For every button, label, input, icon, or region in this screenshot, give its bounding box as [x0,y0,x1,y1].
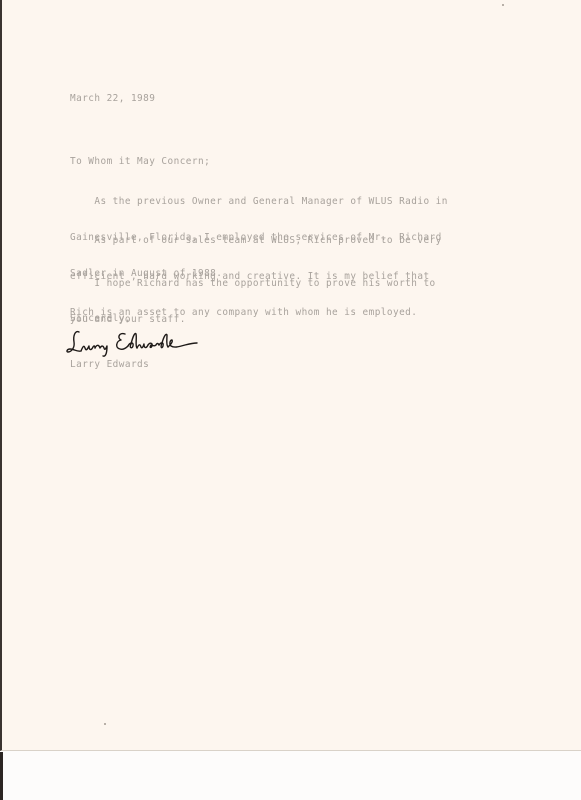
closing: Sincerely, [70,313,131,325]
handwritten-signature [65,326,205,358]
paragraph-line: As part of our sales team at WLUS, Rich … [70,235,442,247]
typed-signer-name: Larry Edwards [70,359,149,371]
salutation: To Whom it May Concern; [70,156,210,168]
paper-sheet: March 22, 1989 To Whom it May Concern; A… [0,0,581,751]
letter-date: March 22, 1989 [70,93,155,105]
scanner-bed [0,752,581,800]
paper-speck [502,4,504,6]
paper-speck [104,723,106,725]
scanned-letter: March 22, 1989 To Whom it May Concern; A… [0,0,581,800]
paragraph-line: As the previous Owner and General Manage… [70,196,448,208]
paragraph-line: I hope Richard has the opportunity to pr… [70,278,436,290]
